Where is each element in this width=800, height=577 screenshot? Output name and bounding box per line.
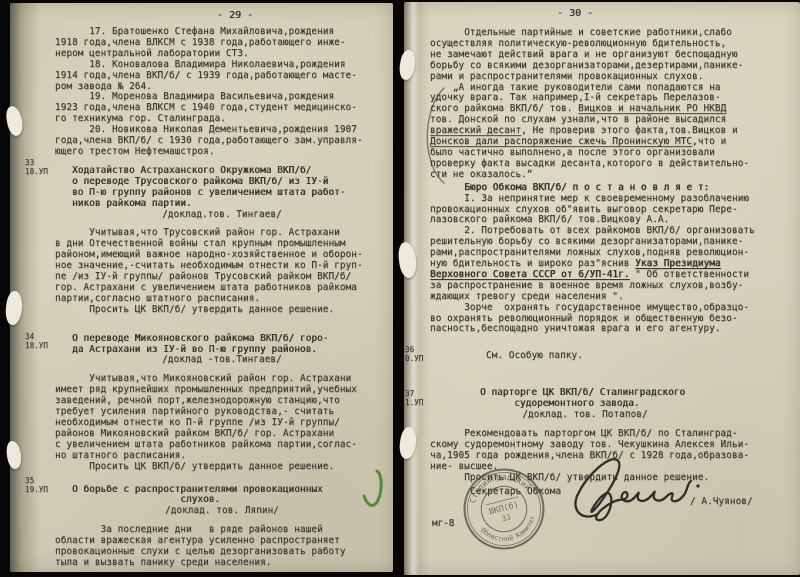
section-34-speaker: /доклад -тов.Тингаев/ xyxy=(72,355,372,366)
section-33-body: Учитывая,что Трусовский район гор. Астра… xyxy=(55,228,385,315)
obkom-round-stamp: Сталинградский Областной Комитет ВКП(б) … xyxy=(462,467,546,551)
decree-item-1: I. За непринятие мер к своевременному ра… xyxy=(430,194,794,227)
green-checkmark-icon xyxy=(360,469,390,513)
section-35-body: За последние дни в ряде районов нашей об… xyxy=(55,525,385,569)
signature-typed-name: / А.Чуянов/ xyxy=(690,496,753,507)
underlined-phrase: Вицков и начальник РО НКВД xyxy=(578,103,726,114)
signature-chuyanov xyxy=(564,450,714,528)
page-number: - 30 - xyxy=(430,8,720,20)
page-number: - 29 - xyxy=(55,10,415,22)
underlined-phrase: вражеский десант xyxy=(430,125,521,136)
section-35: О борьбе с распространителями провокацио… xyxy=(55,485,385,569)
intro-paragraph: Отдельные партийные и советские работник… xyxy=(430,28,794,83)
section-37-heading: О парторге ЦК ВКП/б/ Сталинградского суд… xyxy=(480,388,794,410)
quote-text: , Не проверив этого факта,тов.Вицков и xyxy=(521,125,738,136)
special-folder-note: См. Особую папку. xyxy=(486,351,794,362)
section-35-heading: О борьбе с распространителями провокацио… xyxy=(72,485,385,507)
quote-text: тов. Донской по слухам узнали,что в райо… xyxy=(430,114,726,125)
members-list: 17. Братошенко Стефана Михайловича,рожде… xyxy=(55,27,385,158)
section-35-speaker: /доклад. тов. Ляпин/ xyxy=(72,506,372,517)
section-34: О переводе Микояновского райкома ВКП/б/ … xyxy=(55,334,385,473)
section-33-heading: Ходатайство Астраханского Окружкома ВКП/… xyxy=(72,166,385,210)
right-page: 36 0.УП 37 1.УП - 30 - Отдельные партийн… xyxy=(404,2,800,575)
decree-item-3: Зорче охранять государственное имущество… xyxy=(430,303,794,336)
section-34-body: Учитывая,что Микояновский район гор. Аст… xyxy=(55,374,385,472)
section-33-speaker: /доклад.тов. Тингаев/ xyxy=(72,210,372,221)
section-34-heading: О переводе Микояновского райкома ВКП/б/ … xyxy=(72,334,385,356)
underlined-phrase: Донсков дали распоряжение сжечь Пронинск… xyxy=(430,136,692,147)
section-37-speaker: /доклад. тов. Потапов/ xyxy=(480,410,690,421)
typist-code: мг-8 xyxy=(432,518,454,529)
decree-item-2: 2. Потребовать от всех райкомов ВКП/б/ о… xyxy=(430,226,794,302)
section-33: Ходатайство Астраханского Окружкома ВКП/… xyxy=(55,166,385,316)
resolution-line: Бюро Обкома ВКП/б/ п о с т а н о в л я е… xyxy=(430,183,794,194)
scanned-document: { "colors": { "paper_left": "#d4d0b9", "… xyxy=(0,0,800,577)
stamp-center-number: 33 xyxy=(501,513,512,524)
quote-paragraph: „А иногда такие руководители сами попада… xyxy=(430,83,794,181)
left-page: 33 18.УП 34 18.УП 35 19.УП - 29 - 17. Бр… xyxy=(10,3,393,572)
